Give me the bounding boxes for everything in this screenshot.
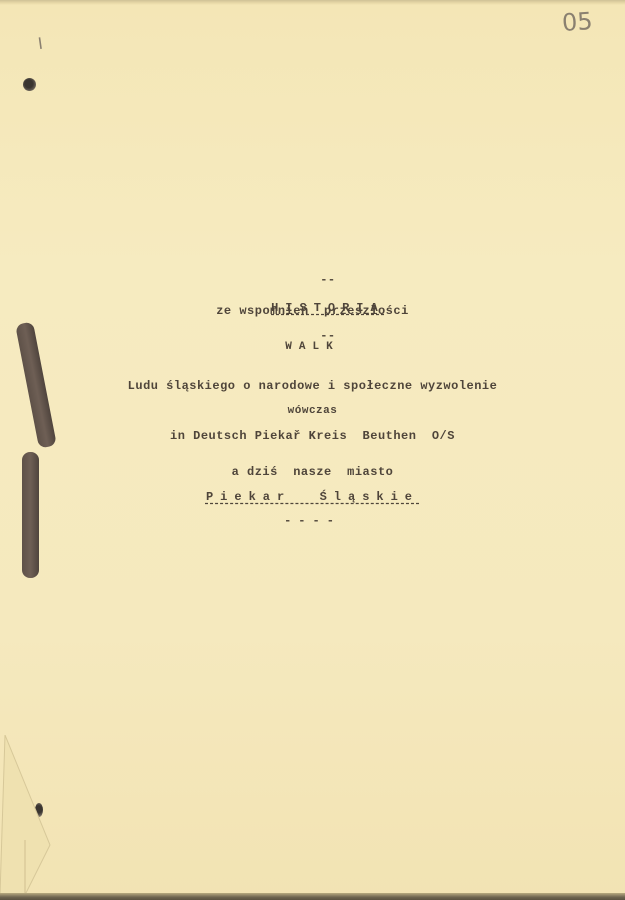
closing-mark: ----: [0, 514, 625, 528]
handwritten-page-number: 05: [561, 7, 593, 37]
margin-mark: I: [37, 34, 44, 53]
subtitle-line-3: Ludu śląskiego o narodowe i społeczne wy…: [0, 379, 625, 393]
city-name: Piekar Śląskie: [0, 490, 625, 504]
title-dash-left: --: [320, 273, 335, 287]
document-page: 05 I -- HISTORIA -- ze wspomnień przeszł…: [0, 0, 625, 900]
subtitle-walk: WALK: [0, 341, 625, 353]
subtitle-line-5: in Deutsch Piekař Kreis Beuthen O/S: [0, 429, 625, 443]
subtitle-line-6: a dziś nasze miasto: [0, 465, 625, 479]
page-bottom-edge: [0, 893, 625, 900]
subtitle-line-4: wówczas: [0, 405, 625, 417]
subtitle-line-1: ze wspomnień przeszłości: [0, 304, 625, 318]
folded-corner: [0, 735, 60, 895]
punch-hole-top: [23, 78, 36, 91]
page-top-edge: [0, 0, 625, 5]
